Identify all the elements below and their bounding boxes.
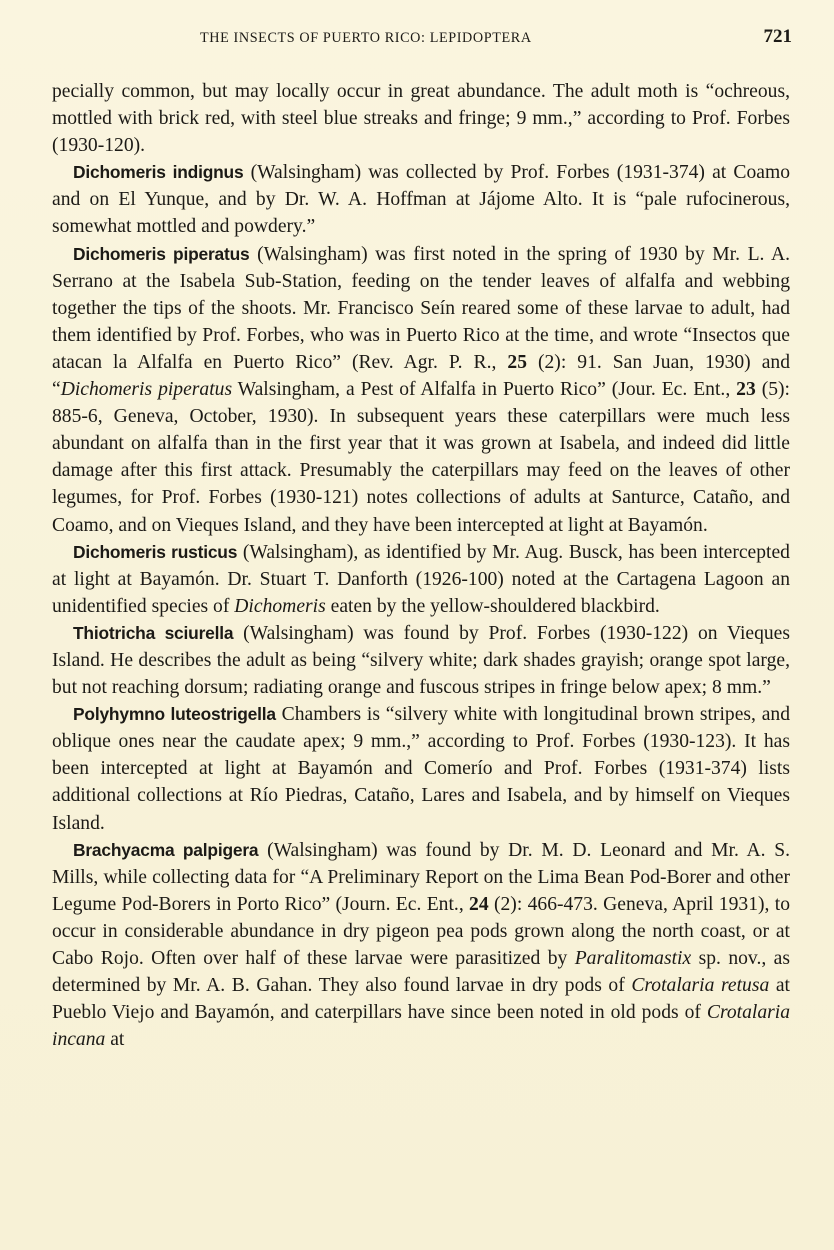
species-name: Polyhymno luteostrigella (73, 704, 276, 724)
species-name: Dichomeris piperatus (73, 244, 250, 264)
paragraph-dichomeris-rusticus: Dichomeris rusticus (Walsingham), as ide… (52, 539, 790, 620)
italic-taxon: Crotalaria retusa (631, 975, 769, 996)
paragraph-thiotricha-sciurella: Thiotricha sciurella (Walsingham) was fo… (52, 620, 790, 701)
italic-taxon: Dichomeris piperatus (61, 379, 232, 400)
species-name: Brachyacma palpigera (73, 840, 258, 860)
document-page: The Insects of Puerto Rico: Lepidoptera … (0, 0, 834, 1250)
species-name: Dichomeris rusticus (73, 542, 237, 562)
text-run: eaten by the yellow-shouldered blackbird… (326, 596, 660, 617)
species-name: Dichomeris indignus (73, 162, 243, 182)
running-title: The Insects of Puerto Rico: Lepidoptera (200, 30, 532, 47)
paragraph-brachyacma-palpigera: Brachyacma palpigera (Walsingham) was fo… (52, 837, 790, 1054)
paragraph-dichomeris-piperatus: Dichomeris piperatus (Walsingham) was fi… (52, 241, 790, 539)
paragraph-polyhymno-luteostrigella: Polyhymno luteostrigella Chambers is “si… (52, 701, 790, 836)
species-name: Thiotricha sciurella (73, 623, 233, 643)
volume-number: 24 (469, 894, 489, 915)
page-number: 721 (764, 26, 793, 48)
body-text: pecially common, but may locally occur i… (52, 78, 790, 1053)
text-run: Walsingham, a Pest of Alfalfa in Puerto … (232, 379, 736, 400)
italic-taxon: Paralitomastix (575, 948, 691, 969)
volume-number: 25 (507, 352, 527, 373)
text-run: pecially common, but may locally occur i… (52, 81, 790, 156)
running-head: The Insects of Puerto Rico: Lepidoptera … (52, 28, 792, 52)
paragraph-dichomeris-indignus: Dichomeris indignus (Walsingham) was col… (52, 159, 790, 240)
text-run: (5): 885-6, Geneva, October, 1930). In s… (52, 379, 790, 535)
volume-number: 23 (736, 379, 756, 400)
italic-taxon: Dichomeris (234, 596, 325, 617)
text-run: at (105, 1029, 124, 1050)
paragraph-continuation: pecially common, but may locally occur i… (52, 78, 790, 159)
